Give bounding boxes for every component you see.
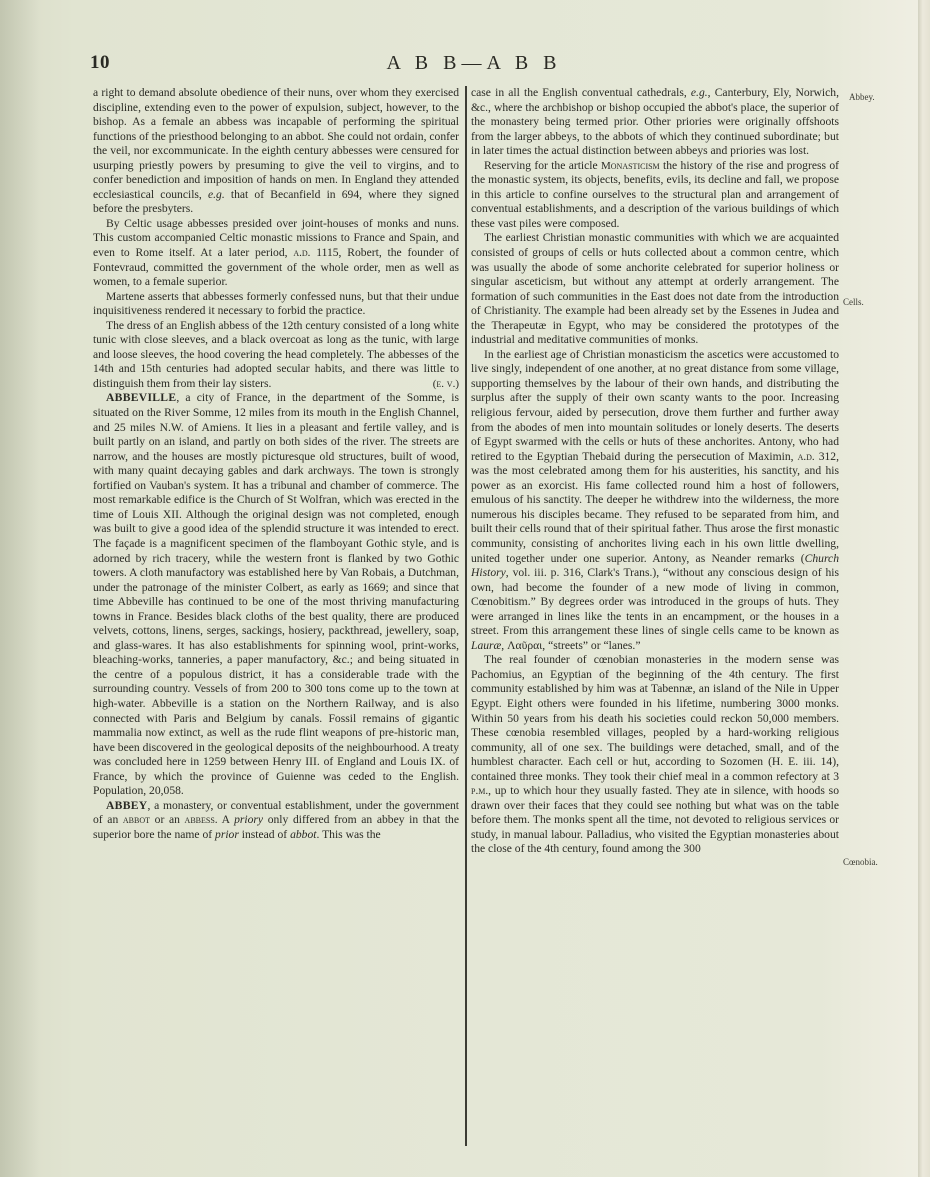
margin-note-cells: Cells. xyxy=(843,297,864,307)
paragraph-dress: The dress of an English abbess of the 12… xyxy=(93,319,459,392)
paragraph-earliest-communities: The earliest Christian monastic communit… xyxy=(471,231,839,347)
page-header: 10 A B B—A B B xyxy=(90,52,858,78)
headword-abbey: ABBEY xyxy=(106,799,147,812)
left-column: a right to demand absolute obedience of … xyxy=(93,86,459,842)
paragraph-celtic-usage: By Celtic usage abbesses presided over j… xyxy=(93,217,459,290)
right-column: case in all the English conventual cathe… xyxy=(471,86,839,857)
paragraph-martene: Martene asserts that abbesses formerly c… xyxy=(93,290,459,319)
page: 10 A B B—A B B a right to demand absolut… xyxy=(0,0,930,1177)
paragraph-pachomius: The real founder of cœnobian monasteries… xyxy=(471,653,839,857)
cross-ref-abbot: abbot xyxy=(123,814,150,826)
gutter-shadow xyxy=(0,0,40,1177)
entry-abbeville: ABBEVILLE, a city of France, in the depa… xyxy=(93,391,459,798)
entry-abbey: ABBEY, a monastery, or conventual establ… xyxy=(93,799,459,843)
headword-abbeville: ABBEVILLE xyxy=(106,391,176,404)
paragraph-conventual-cathedrals: case in all the English conventual cathe… xyxy=(471,86,839,159)
margin-note-coenobia: Cœnobia. xyxy=(843,857,878,867)
paragraph-reserving: Reserving for the article Monasticism th… xyxy=(471,159,839,232)
running-head: A B B—A B B xyxy=(90,52,858,75)
author-signature: (e. v.) xyxy=(420,377,459,392)
cross-ref-abbess: abbess xyxy=(185,814,215,826)
margin-note-abbey: Abbey. xyxy=(849,92,875,102)
cross-ref-monasticism: Monasticism xyxy=(601,160,660,172)
page-edge xyxy=(918,0,930,1177)
column-divider xyxy=(465,86,467,1146)
paragraph-ascetics: In the earliest age of Christian monasti… xyxy=(471,348,839,653)
paragraph-abbess-rights: a right to demand absolute obedience of … xyxy=(93,86,459,217)
